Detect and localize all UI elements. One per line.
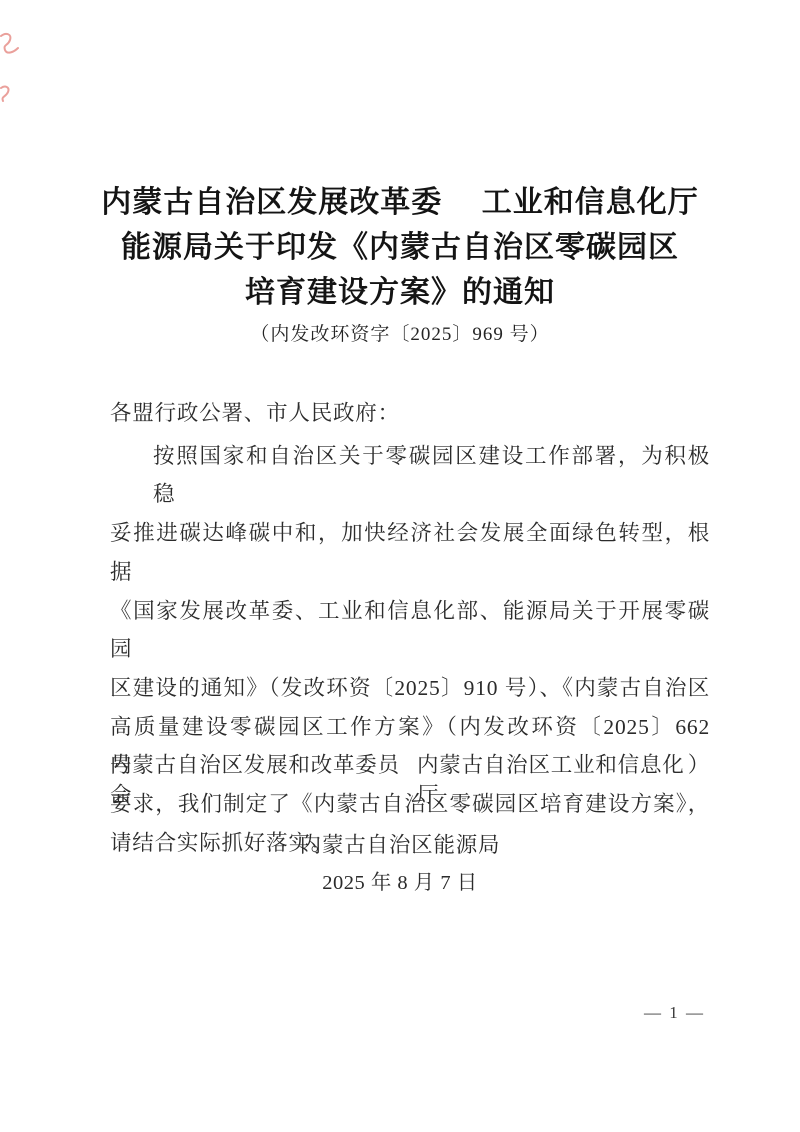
signature-row: 内蒙古自治区发展和改革委员会 内蒙古自治区工业和信息化厅: [110, 750, 702, 810]
body-line: 《国家发展改革委、工业和信息化部、能源局关于开展零碳园: [110, 592, 710, 669]
document-title: 内蒙古自治区发展改革委 工业和信息化厅 能源局关于印发《内蒙古自治区零碳园区 培…: [0, 180, 800, 350]
red-pen-mark: [0, 84, 16, 104]
signature-date: 2025 年 8 月 7 日: [0, 868, 800, 898]
document-number: （内发改环资字〔2025〕969 号）: [0, 320, 800, 350]
body-line: 按照国家和自治区关于零碳园区建设工作部署，为积极稳: [110, 437, 710, 514]
body-line: 妥推进碳达峰碳中和，加快经济社会发展全面绿色转型，根据: [110, 514, 710, 591]
title-line-1: 内蒙古自治区发展改革委 工业和信息化厅: [0, 180, 800, 225]
page-number: — 1 —: [644, 1002, 705, 1024]
title-line-2: 能源局关于印发《内蒙古自治区零碳园区: [0, 225, 800, 270]
body-line: 区建设的通知》（发改环资〔2025〕910 号）、《内蒙古自治区: [110, 669, 710, 708]
signature-org-right: 内蒙古自治区工业和信息化厅: [417, 750, 702, 810]
red-pen-mark: [0, 30, 24, 58]
document-page: 内蒙古自治区发展改革委 工业和信息化厅 能源局关于印发《内蒙古自治区零碳园区 培…: [0, 0, 800, 1132]
title-line-3: 培育建设方案》的通知: [0, 270, 800, 315]
signature-org-center: 内蒙古自治区能源局: [0, 830, 800, 860]
salutation: 各盟行政公署、市人民政府：: [110, 394, 710, 433]
signature-org-left: 内蒙古自治区发展和改革委员会: [110, 750, 417, 810]
